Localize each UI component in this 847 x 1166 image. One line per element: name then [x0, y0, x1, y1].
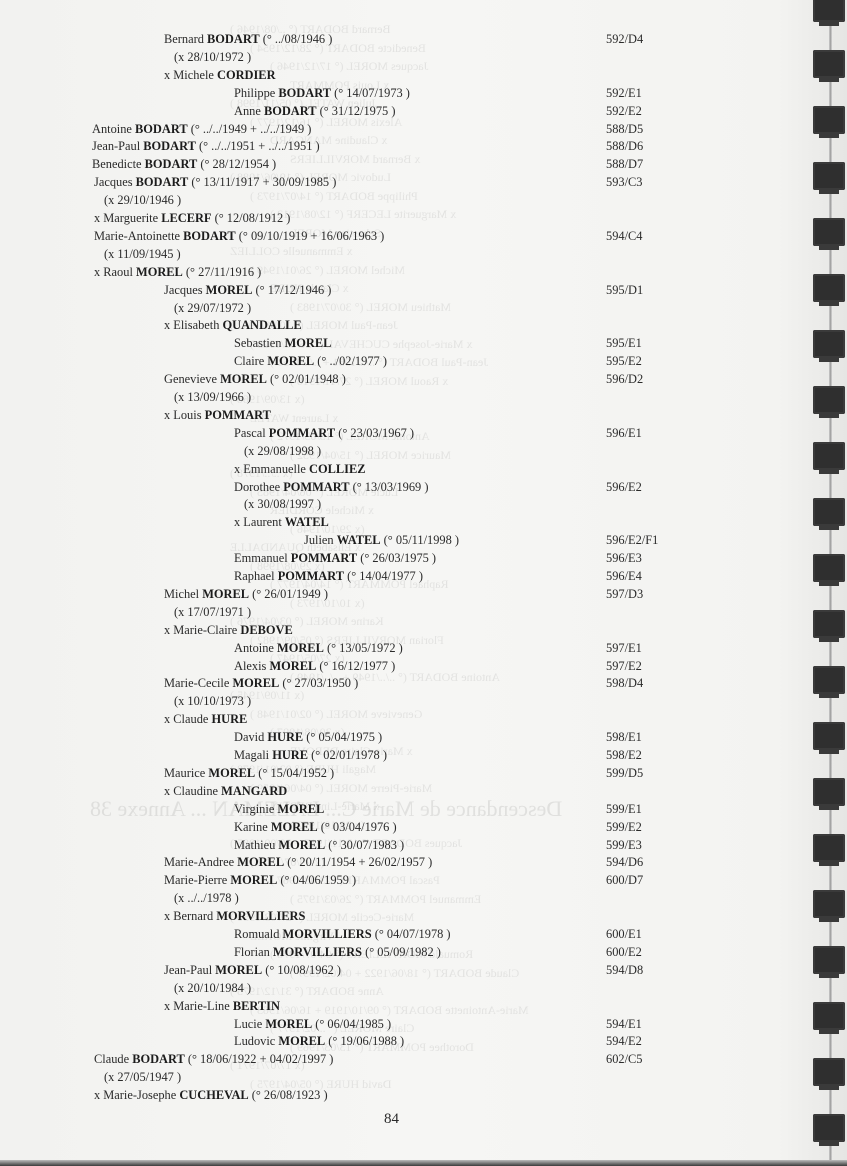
reference-code: 594/D8 — [606, 962, 643, 978]
document-page: Descendance de Marie C... LALEMAN ... An… — [0, 0, 847, 1166]
reference-code: 599/E1 — [606, 801, 642, 817]
surname: MORVILLIERS — [283, 927, 372, 941]
dates: (° ../../1949 + ../../1949 ) — [188, 122, 312, 136]
surname: MOREL — [277, 802, 324, 816]
given-name: Dorothee — [234, 480, 283, 494]
given-name: Emmanuel — [234, 551, 291, 565]
given-name: David — [234, 730, 267, 744]
dates: (° 26/08/1923 ) — [249, 1088, 328, 1102]
list-item: x Laurent WATEL — [234, 514, 329, 530]
bleed-through-line: x Marguerite LECERF (° 12/08/1912 ) — [270, 207, 456, 222]
surname: MOREL — [215, 963, 262, 977]
dates: (° 26/01/1949 ) — [249, 587, 328, 601]
dates: (° 16/12/1977 ) — [316, 659, 395, 673]
bleed-through-line: x Emmanuelle COLLIEZ — [230, 244, 353, 259]
dates: (x 29/08/1998 ) — [244, 444, 321, 458]
given-name: Benedicte — [92, 157, 145, 171]
list-item: Benedicte BODART (° 28/12/1954 ) — [92, 156, 276, 172]
binding-ring — [813, 330, 845, 358]
list-item: Ludovic MOREL (° 19/06/1988 ) — [234, 1033, 404, 1049]
given-name: Marie-Cecile — [164, 676, 232, 690]
reference-code: 600/D7 — [606, 872, 643, 888]
binding-ring — [813, 0, 845, 22]
binding-ring — [813, 722, 845, 750]
surname: HURE — [212, 712, 248, 726]
given-name: Marie-Antoinette — [94, 229, 183, 243]
reference-code: 596/E2 — [606, 479, 642, 495]
reference-code: 597/D3 — [606, 586, 643, 602]
dates: (x 27/05/1947 ) — [104, 1070, 181, 1084]
reference-code: 596/E1 — [606, 425, 642, 441]
surname: MOREL — [271, 820, 318, 834]
dates: (° 05/04/1975 ) — [303, 730, 382, 744]
dates: (° 10/08/1962 ) — [262, 963, 341, 977]
surname: POMMART — [269, 426, 335, 440]
dates: (° 15/04/1952 ) — [255, 766, 334, 780]
list-item: Genevieve MOREL (° 02/01/1948 ) — [164, 371, 346, 387]
reference-code: 596/E2/F1 — [606, 532, 658, 548]
list-item: Marie-Pierre MOREL (° 04/06/1959 ) — [164, 872, 356, 888]
list-item: (x 30/08/1997 ) — [244, 496, 321, 512]
binding-ring — [813, 442, 845, 470]
surname: BODART — [183, 229, 236, 243]
given-name: Claire — [234, 354, 267, 368]
bleed-through-line: Genevieve MOREL (° 02/01/1948 ) — [250, 707, 422, 722]
given-name: x Laurent — [234, 515, 285, 529]
list-item: Raphael POMMART (° 14/04/1977 ) — [234, 568, 423, 584]
list-item: Marie-Andree MOREL (° 20/11/1954 + 26/02… — [164, 854, 432, 870]
list-item: Karine MOREL (° 03/04/1976 ) — [234, 819, 397, 835]
list-item: Antoine BODART (° ../../1949 + ../../194… — [92, 121, 311, 137]
reference-code: 598/E1 — [606, 729, 642, 745]
given-name: Raphael — [234, 569, 278, 583]
given-name: Genevieve — [164, 372, 220, 386]
surname: HURE — [267, 730, 303, 744]
reference-code: 597/E1 — [606, 640, 642, 656]
list-item: Mathieu MOREL (° 30/07/1983 ) — [234, 837, 404, 853]
given-name: Ludovic — [234, 1034, 278, 1048]
dates: (° 27/03/1950 ) — [279, 676, 358, 690]
given-name: Maurice — [164, 766, 208, 780]
list-item: Michel MOREL (° 26/01/1949 ) — [164, 586, 328, 602]
given-name: x Louis — [164, 408, 205, 422]
dates: (° 02/01/1978 ) — [308, 748, 387, 762]
list-item: David HURE (° 05/04/1975 ) — [234, 729, 382, 745]
list-item: x Marie-Josephe CUCHEVAL (° 26/08/1923 ) — [94, 1087, 328, 1103]
surname: LECERF — [161, 211, 211, 225]
surname: BODART — [145, 157, 198, 171]
given-name: x Emmanuelle — [234, 462, 309, 476]
given-name: Claude — [94, 1052, 132, 1066]
spiral-binding — [787, 0, 847, 1166]
list-item: (x 20/10/1984 ) — [174, 980, 251, 996]
reference-code: 594/E1 — [606, 1016, 642, 1032]
surname: BODART — [207, 32, 260, 46]
list-item: (x 11/09/1945 ) — [104, 246, 181, 262]
given-name: x Michele — [164, 68, 217, 82]
surname: MOREL — [285, 336, 332, 350]
list-item: (x 29/07/1972 ) — [174, 300, 251, 316]
reference-code: 593/C3 — [606, 174, 643, 190]
dates: (° 26/03/1975 ) — [357, 551, 436, 565]
dates: (° ../02/1977 ) — [314, 354, 387, 368]
surname: BODART — [135, 122, 188, 136]
dates: (° 12/08/1912 ) — [211, 211, 290, 225]
list-item: x Elisabeth QUANDALLE — [164, 317, 302, 333]
list-item: Bernard BODART (° ../08/1946 ) — [164, 31, 332, 47]
dates: (x 29/10/1946 ) — [104, 193, 181, 207]
surname: COLLIEZ — [309, 462, 365, 476]
list-item: x Louis POMMART — [164, 407, 271, 423]
given-name: Anne — [234, 104, 264, 118]
bleed-through-line: Emmanuel POMMART (° 26/03/1975 ) — [290, 892, 481, 907]
list-item: Claire MOREL (° ../02/1977 ) — [234, 353, 387, 369]
dates: (° 30/07/1983 ) — [325, 838, 404, 852]
reference-code: 598/E2 — [606, 747, 642, 763]
dates: (° 02/01/1948 ) — [267, 372, 346, 386]
binding-ring — [813, 666, 845, 694]
reference-code: 595/E1 — [606, 335, 642, 351]
dates: (° 09/10/1919 + 16/06/1963 ) — [236, 229, 385, 243]
given-name: Virginie — [234, 802, 277, 816]
binding-ring — [813, 610, 845, 638]
reference-code: 598/D4 — [606, 675, 643, 691]
list-item: x Emmanuelle COLLIEZ — [234, 461, 365, 477]
dates: (x 28/10/1972 ) — [174, 50, 251, 64]
given-name: x Marie-Claire — [164, 623, 240, 637]
surname: WATEL — [285, 515, 329, 529]
list-item: Sebastien MOREL — [234, 335, 331, 351]
list-item: Florian MORVILLIERS (° 05/09/1982 ) — [234, 944, 441, 960]
reference-code: 588/D6 — [606, 138, 643, 154]
reference-code: 588/D7 — [606, 156, 643, 172]
given-name: Jacques — [164, 283, 206, 297]
binding-ring — [813, 834, 845, 862]
dates: (° 03/04/1976 ) — [318, 820, 397, 834]
binding-ring — [813, 1114, 845, 1142]
surname: DEBOVE — [240, 623, 292, 637]
reference-code: 588/D5 — [606, 121, 643, 137]
dates: (° 20/11/1954 + 26/02/1957 ) — [284, 855, 432, 869]
dates: (° 14/04/1977 ) — [344, 569, 423, 583]
given-name: Pascal — [234, 426, 269, 440]
surname: MOREL — [230, 873, 277, 887]
surname: WATEL — [337, 533, 381, 547]
list-item: x Claudine MANGARD — [164, 783, 287, 799]
list-item: (x 17/07/1971 ) — [174, 604, 251, 620]
list-item: x Marguerite LECERF (° 12/08/1912 ) — [94, 210, 290, 226]
reference-code: 600/E1 — [606, 926, 642, 942]
surname: BODART — [264, 104, 317, 118]
list-item: Antoine MOREL (° 13/05/1972 ) — [234, 640, 403, 656]
list-item: Jacques MOREL (° 17/12/1946 ) — [164, 282, 331, 298]
binding-ring — [813, 1002, 845, 1030]
bleed-through-line: Mathieu MOREL (° 30/07/1983 ) — [290, 300, 451, 315]
dates: (° 04/06/1959 ) — [277, 873, 356, 887]
dates: (° 31/12/1975 ) — [317, 104, 396, 118]
given-name: Lucie — [234, 1017, 265, 1031]
surname: CORDIER — [217, 68, 276, 82]
list-item: Jacques BODART (° 13/11/1917 + 30/09/198… — [94, 174, 336, 190]
dates: (° 04/07/1978 ) — [372, 927, 451, 941]
list-item: (x 29/10/1946 ) — [104, 192, 181, 208]
page-number: 84 — [384, 1111, 399, 1128]
surname: MORVILLIERS — [273, 945, 362, 959]
surname: MOREL — [265, 1017, 312, 1031]
dates: (° 23/03/1967 ) — [335, 426, 414, 440]
given-name: x Claudine — [164, 784, 221, 798]
dates: (x 10/10/1973 ) — [174, 694, 251, 708]
list-item: Philippe BODART (° 14/07/1973 ) — [234, 85, 410, 101]
surname: MOREL — [278, 1034, 325, 1048]
list-item: (x 28/10/1972 ) — [174, 49, 251, 65]
binding-ring — [813, 554, 845, 582]
list-item: Virginie MOREL — [234, 801, 324, 817]
list-item: Anne BODART (° 31/12/1975 ) — [234, 103, 395, 119]
list-item: Magali HURE (° 02/01/1978 ) — [234, 747, 387, 763]
given-name: Jacques — [94, 175, 136, 189]
binding-ring — [813, 1058, 845, 1086]
list-item: Pascal POMMART (° 23/03/1967 ) — [234, 425, 414, 441]
binding-ring — [813, 386, 845, 414]
list-item: Romuald MORVILLIERS (° 04/07/1978 ) — [234, 926, 451, 942]
given-name: x Elisabeth — [164, 318, 223, 332]
surname: BODART — [143, 139, 196, 153]
given-name: Julien — [304, 533, 337, 547]
list-item: Claude BODART (° 18/06/1922 + 04/02/1997… — [94, 1051, 333, 1067]
surname: MORVILLIERS — [216, 909, 305, 923]
bleed-through-line: Philippe BODART (° 14/07/1973 ) — [250, 189, 418, 204]
list-item: (x 10/10/1973 ) — [174, 693, 251, 709]
list-item: Lucie MOREL (° 06/04/1985 ) — [234, 1016, 391, 1032]
reference-code: 594/C4 — [606, 228, 643, 244]
list-item: (x 13/09/1966 ) — [174, 389, 251, 405]
dates: (x 11/09/1945 ) — [104, 247, 181, 261]
surname: MOREL — [269, 659, 316, 673]
list-item: Jean-Paul BODART (° ../../1951 + ../../1… — [92, 138, 320, 154]
dates: (° ../08/1946 ) — [260, 32, 333, 46]
list-item: Dorothee POMMART (° 13/03/1969 ) — [234, 479, 428, 495]
surname: MOREL — [237, 855, 284, 869]
dates: (x 20/10/1984 ) — [174, 981, 251, 995]
given-name: x Marguerite — [94, 211, 161, 225]
binding-ring — [813, 50, 845, 78]
surname: POMMART — [278, 569, 344, 583]
dates: (x ../../1978 ) — [174, 891, 239, 905]
list-item: x Marie-Claire DEBOVE — [164, 622, 293, 638]
surname: BODART — [136, 175, 189, 189]
dates: (° ../../1951 + ../../1951 ) — [196, 139, 320, 153]
bleed-through-line: Jacques MOREL (° 17/12/1946 ) — [270, 59, 428, 74]
dates: (° 28/12/1954 ) — [197, 157, 276, 171]
surname: MOREL — [206, 283, 253, 297]
list-item: (x 27/05/1947 ) — [104, 1069, 181, 1085]
dates: (° 19/06/1988 ) — [325, 1034, 404, 1048]
given-name: Jean-Paul — [92, 139, 143, 153]
given-name: Romuald — [234, 927, 283, 941]
list-item: (x ../../1978 ) — [174, 890, 239, 906]
surname: HURE — [272, 748, 308, 762]
dates: (° 13/05/1972 ) — [324, 641, 403, 655]
dates: (° 05/09/1982 ) — [362, 945, 441, 959]
given-name: x Claude — [164, 712, 212, 726]
bleed-through-line: Michel MOREL (° 26/01/1949 ) — [250, 263, 405, 278]
given-name: Marie-Pierre — [164, 873, 230, 887]
reference-code: 594/D6 — [606, 854, 643, 870]
reference-code: 599/E3 — [606, 837, 642, 853]
reference-code: 592/D4 — [606, 31, 643, 47]
surname: BERTIN — [233, 999, 280, 1013]
given-name: x Bernard — [164, 909, 216, 923]
list-item: Emmanuel POMMART (° 26/03/1975 ) — [234, 550, 436, 566]
binding-ring — [813, 498, 845, 526]
binding-ring — [813, 218, 845, 246]
dates: (° 13/11/1917 + 30/09/1985 ) — [188, 175, 336, 189]
reference-code: 594/E2 — [606, 1033, 642, 1049]
given-name: Mathieu — [234, 838, 278, 852]
list-item: x Claude HURE — [164, 711, 247, 727]
dates: (x 17/07/1971 ) — [174, 605, 251, 619]
binding-ring — [813, 778, 845, 806]
surname: BODART — [132, 1052, 185, 1066]
dates: (x 29/07/1972 ) — [174, 301, 251, 315]
list-item: (x 29/08/1998 ) — [244, 443, 321, 459]
dates: (° 18/06/1922 + 04/02/1997 ) — [185, 1052, 334, 1066]
surname: CUCHEVAL — [179, 1088, 248, 1102]
given-name: Philippe — [234, 86, 278, 100]
list-item: x Bernard MORVILLIERS — [164, 908, 305, 924]
list-item: x Marie-Line BERTIN — [164, 998, 280, 1014]
dates: (x 30/08/1997 ) — [244, 497, 321, 511]
list-item: Marie-Antoinette BODART (° 09/10/1919 + … — [94, 228, 384, 244]
dates: (x 13/09/1966 ) — [174, 390, 251, 404]
surname: MANGARD — [221, 784, 287, 798]
list-item: Jean-Paul MOREL (° 10/08/1962 ) — [164, 962, 341, 978]
reference-code: 592/E2 — [606, 103, 642, 119]
reference-code: 602/C5 — [606, 1051, 643, 1067]
given-name: Marie-Andree — [164, 855, 237, 869]
reference-code: 600/E2 — [606, 944, 642, 960]
surname: MOREL — [208, 766, 255, 780]
surname: BODART — [278, 86, 331, 100]
dates: (° 27/11/1916 ) — [183, 265, 262, 279]
given-name: Jean-Paul — [164, 963, 215, 977]
list-item: Marie-Cecile MOREL (° 27/03/1950 ) — [164, 675, 358, 691]
given-name: Alexis — [234, 659, 269, 673]
given-name: x Marie-Josephe — [94, 1088, 179, 1102]
dates: (° 05/11/1998 ) — [381, 533, 460, 547]
given-name: Antoine — [234, 641, 277, 655]
surname: MOREL — [232, 676, 279, 690]
reference-code: 596/D2 — [606, 371, 643, 387]
given-name: x Raoul — [94, 265, 136, 279]
list-item: Alexis MOREL (° 16/12/1977 ) — [234, 658, 395, 674]
dates: (° 14/07/1973 ) — [331, 86, 410, 100]
given-name: Michel — [164, 587, 202, 601]
given-name: Bernard — [164, 32, 207, 46]
surname: MOREL — [277, 641, 324, 655]
surname: MOREL — [202, 587, 249, 601]
page-bottom-edge — [0, 1160, 847, 1166]
given-name: Florian — [234, 945, 273, 959]
surname: MOREL — [267, 354, 314, 368]
reference-code: 599/D5 — [606, 765, 643, 781]
reference-code: 592/E1 — [606, 85, 642, 101]
surname: POMMART — [291, 551, 357, 565]
dates: (° 13/03/1969 ) — [350, 480, 429, 494]
given-name: Karine — [234, 820, 271, 834]
list-item: x Raoul MOREL (° 27/11/1916 ) — [94, 264, 261, 280]
reference-code: 596/E3 — [606, 550, 642, 566]
surname: MOREL — [220, 372, 267, 386]
binding-ring — [813, 106, 845, 134]
binding-ring — [813, 946, 845, 974]
surname: QUANDALLE — [223, 318, 302, 332]
list-item: Julien WATEL (° 05/11/1998 ) — [304, 532, 459, 548]
binding-ring — [813, 890, 845, 918]
surname: POMMART — [205, 408, 271, 422]
binding-ring — [813, 274, 845, 302]
reference-code: 596/E4 — [606, 568, 642, 584]
dates: (° 17/12/1946 ) — [252, 283, 331, 297]
surname: MOREL — [278, 838, 325, 852]
list-item: x Michele CORDIER — [164, 67, 276, 83]
reference-code: 597/E2 — [606, 658, 642, 674]
reference-code: 595/D1 — [606, 282, 643, 298]
reference-code: 599/E2 — [606, 819, 642, 835]
given-name: x Marie-Line — [164, 999, 233, 1013]
binding-ring — [813, 162, 845, 190]
surname: POMMART — [283, 480, 349, 494]
dates: (° 06/04/1985 ) — [312, 1017, 391, 1031]
list-item: Maurice MOREL (° 15/04/1952 ) — [164, 765, 334, 781]
reference-code: 595/E2 — [606, 353, 642, 369]
given-name: Magali — [234, 748, 272, 762]
surname: MOREL — [136, 265, 183, 279]
given-name: Antoine — [92, 122, 135, 136]
given-name: Sebastien — [234, 336, 285, 350]
